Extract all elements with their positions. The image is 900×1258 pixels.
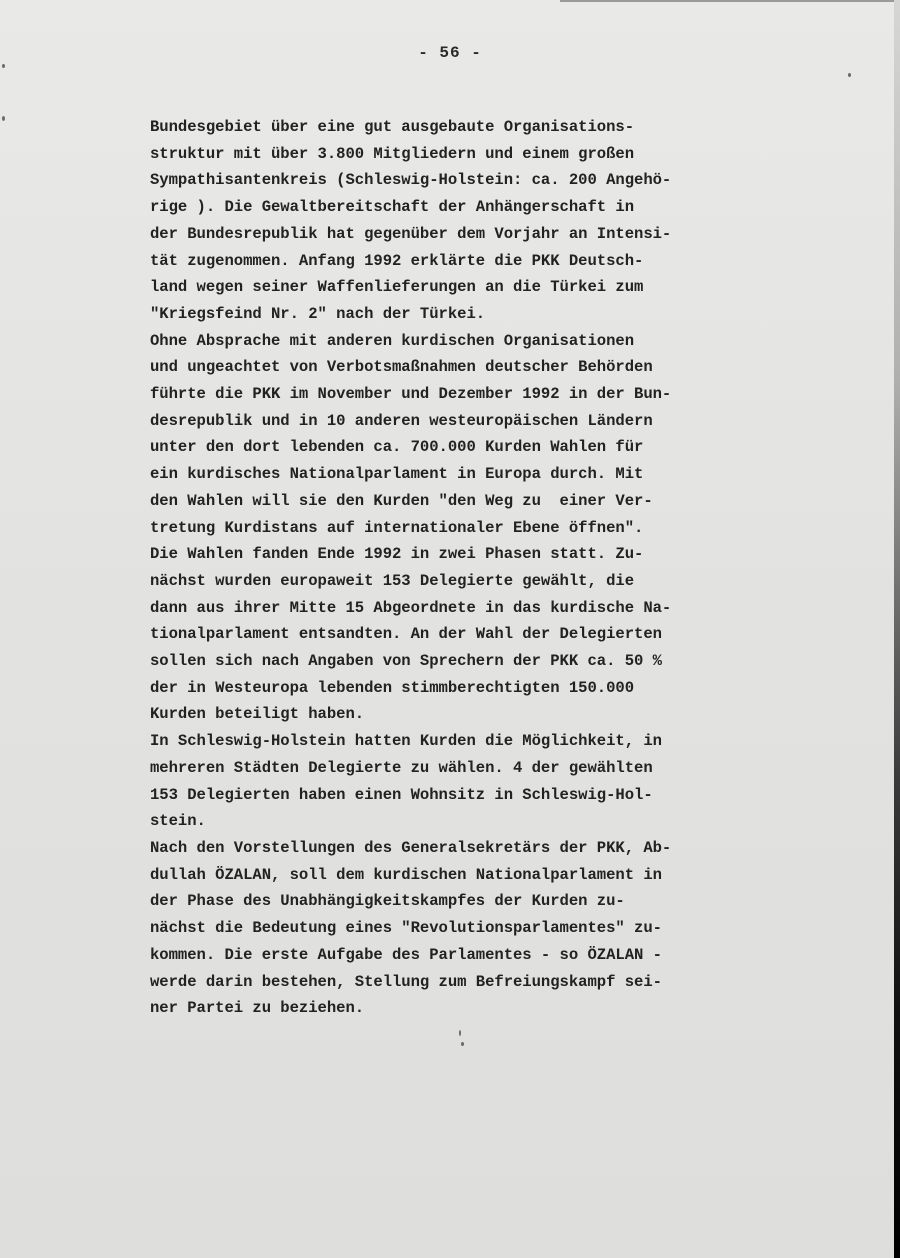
text-line: tät zugenommen. Anfang 1992 erklärte die…	[150, 248, 790, 275]
body-text: Bundesgebiet über eine gut ausgebaute Or…	[150, 114, 790, 1022]
text-line: werde darin bestehen, Stellung zum Befre…	[150, 969, 790, 996]
scan-speck	[2, 116, 5, 121]
text-line: der in Westeuropa lebenden stimmberechti…	[150, 675, 790, 702]
text-line: kommen. Die erste Aufgabe des Parlamente…	[150, 942, 790, 969]
page-number: - 56 -	[0, 44, 900, 62]
text-line: nächst die Bedeutung eines "Revolutionsp…	[150, 915, 790, 942]
text-line: unter den dort lebenden ca. 700.000 Kurd…	[150, 434, 790, 461]
text-line: der Bundesrepublik hat gegenüber dem Vor…	[150, 221, 790, 248]
scanned-page: - 56 - Bundesgebiet über eine gut ausgeb…	[0, 0, 900, 1258]
text-line: den Wahlen will sie den Kurden "den Weg …	[150, 488, 790, 515]
text-line: und ungeachtet von Verbotsmaßnahmen deut…	[150, 354, 790, 381]
text-line: Sympathisantenkreis (Schleswig-Holstein:…	[150, 167, 790, 194]
text-line: stein.	[150, 808, 790, 835]
text-line: desrepublik und in 10 anderen westeuropä…	[150, 408, 790, 435]
scan-right-edge	[894, 0, 900, 1258]
text-line: tionalparlament entsandten. An der Wahl …	[150, 621, 790, 648]
text-line: mehreren Städten Delegierte zu wählen. 4…	[150, 755, 790, 782]
text-line: Die Wahlen fanden Ende 1992 in zwei Phas…	[150, 541, 790, 568]
text-line: struktur mit über 3.800 Mitgliedern und …	[150, 141, 790, 168]
text-line: Bundesgebiet über eine gut ausgebaute Or…	[150, 114, 790, 141]
scan-top-edge	[560, 0, 900, 2]
text-line: dann aus ihrer Mitte 15 Abgeordnete in d…	[150, 595, 790, 622]
text-line: Kurden beteiligt haben.	[150, 701, 790, 728]
text-line: ein kurdisches Nationalparlament in Euro…	[150, 461, 790, 488]
scan-speck	[2, 64, 5, 68]
text-line: nächst wurden europaweit 153 Delegierte …	[150, 568, 790, 595]
text-line: dullah ÖZALAN, soll dem kurdischen Natio…	[150, 862, 790, 889]
text-line: land wegen seiner Waffenlieferungen an d…	[150, 274, 790, 301]
text-line: tretung Kurdistans auf internationaler E…	[150, 515, 790, 542]
scan-speck	[459, 1030, 461, 1036]
text-line: der Phase des Unabhängigkeitskampfes der…	[150, 888, 790, 915]
scan-speck	[461, 1042, 464, 1046]
text-line: rige ). Die Gewaltbereitschaft der Anhän…	[150, 194, 790, 221]
text-line: "Kriegsfeind Nr. 2" nach der Türkei.	[150, 301, 790, 328]
scan-speck	[848, 73, 851, 77]
text-line: Ohne Absprache mit anderen kurdischen Or…	[150, 328, 790, 355]
text-line: ner Partei zu beziehen.	[150, 995, 790, 1022]
text-line: 153 Delegierten haben einen Wohnsitz in …	[150, 782, 790, 809]
text-line: sollen sich nach Angaben von Sprechern d…	[150, 648, 790, 675]
text-line: Nach den Vorstellungen des Generalsekret…	[150, 835, 790, 862]
text-line: führte die PKK im November und Dezember …	[150, 381, 790, 408]
text-line: In Schleswig-Holstein hatten Kurden die …	[150, 728, 790, 755]
